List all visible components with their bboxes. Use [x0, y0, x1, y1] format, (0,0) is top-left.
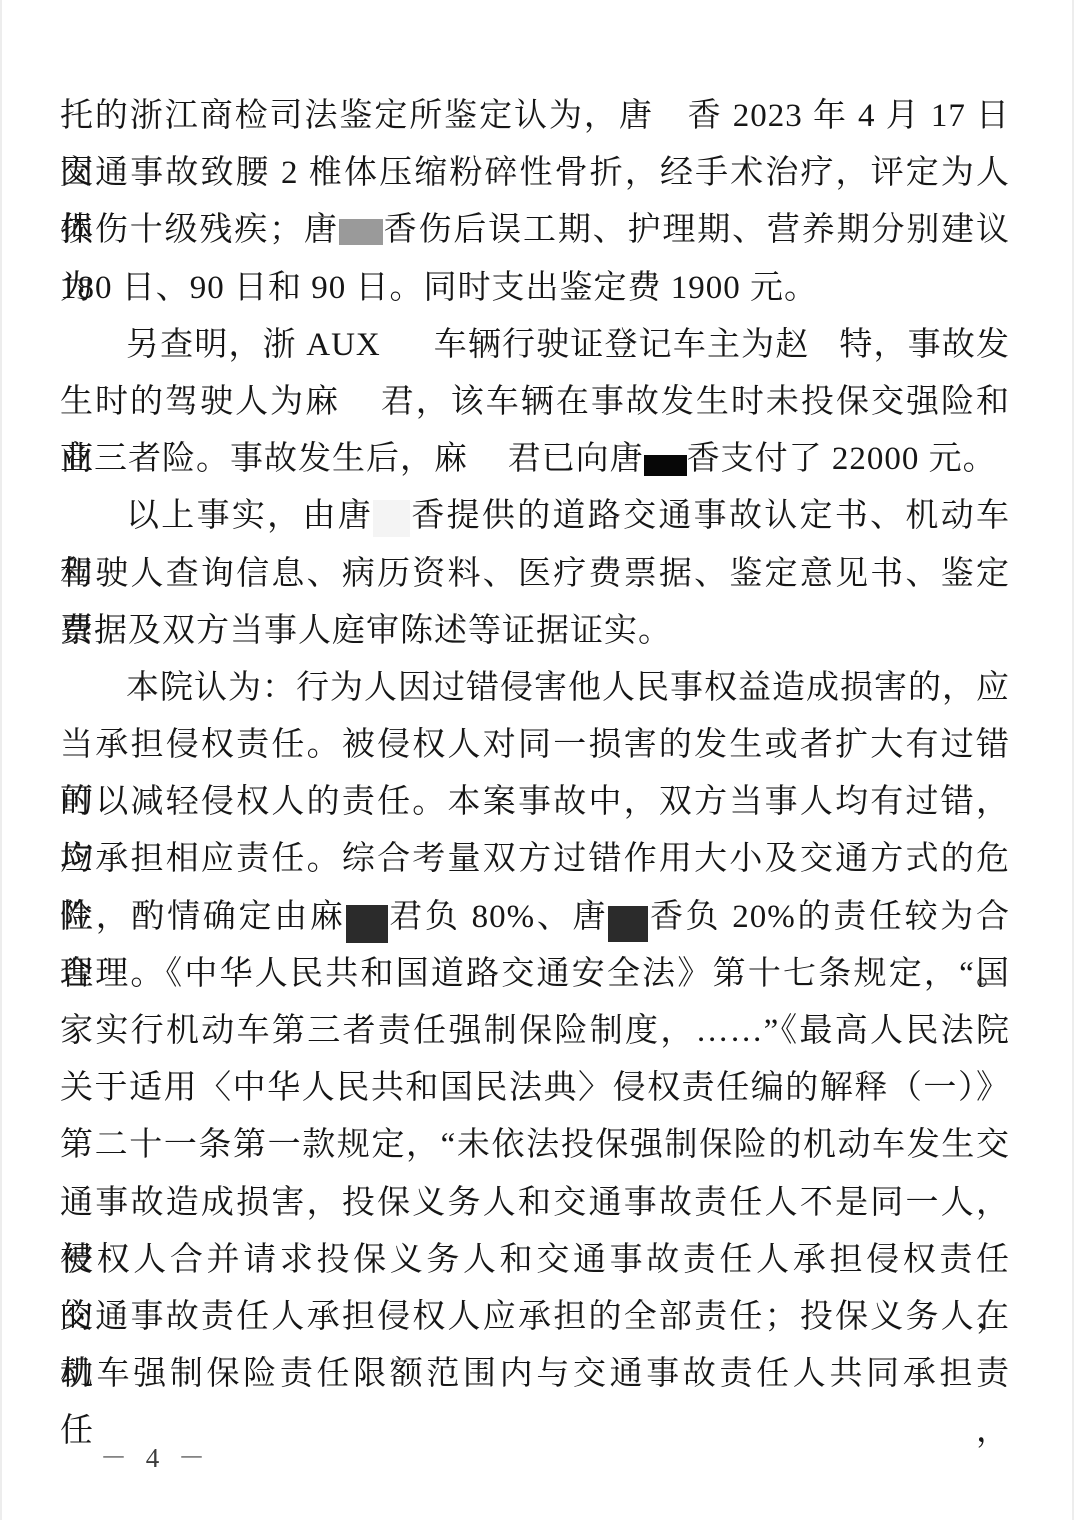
document-line: 业三者险。事故发生后，麻君已向唐香支付了 22000 元。 — [60, 431, 1010, 488]
document-line: 损伤十级残疾；唐香伤后误工期、护理期、营养期分别建议为 — [60, 202, 1010, 259]
redaction-box — [373, 500, 410, 537]
document-line: 驾驶人查询信息、病历资料、医疗费票据、鉴定意见书、鉴定费 — [60, 546, 1010, 603]
redacted-name-gap — [340, 411, 380, 412]
document-line: 本院认为：行为人因过错侵害他人民事权益造成损害的，应 — [60, 660, 1010, 717]
document-line: 以上事实，由唐香提供的道路交通事故认定书、机动车和 — [60, 488, 1010, 545]
document-line: 另查明，浙 AUX车辆行驶证登记车主为赵特，事故发 — [60, 317, 1010, 374]
scan-edge-left — [0, 0, 2, 1520]
document-line: 票据及双方当事人庭审陈述等证据证实。 — [60, 603, 1010, 660]
document-body: 托的浙江商检司法鉴定所鉴定认为，唐香 2023 年 4 月 17 日因交通事故致… — [60, 88, 1010, 1403]
document-line: 侵权人合并请求投保义务人和交通事故责任人承担侵权责任的， — [60, 1232, 1010, 1289]
redacted-name-gap — [654, 125, 687, 126]
document-line: 可以减轻侵权人的责任。本案事故中，双方当事人均有过错，均 — [60, 774, 1010, 831]
redacted-name-gap — [810, 354, 840, 355]
document-line: 第二十一条第一款规定，“未依法投保强制保险的机动车发生交 — [60, 1117, 1010, 1174]
page-number: － 4 － — [100, 1438, 211, 1478]
document-line: 交通事故致腰 2 椎体压缩粉碎性骨折，经手术治疗，评定为人体 — [60, 145, 1010, 202]
document-line: 关于适用〈中华人民共和国民法典〉侵权责任编的解释（一）》 — [60, 1060, 1010, 1117]
document-line: 性，酌情确定由麻君负 80%、唐香负 20%的责任较为合理。 — [60, 889, 1010, 946]
document-line: 合理。《中华人民共和国道路交通安全法》第十七条规定，“国 — [60, 946, 1010, 1003]
document-line: 生时的驾驶人为麻君，该车辆在事故发生时未投保交强险和商 — [60, 374, 1010, 431]
document-line: 家实行机动车第三者责任强制保险制度，……”《最高人民法院 — [60, 1003, 1010, 1060]
redacted-name-gap — [468, 468, 508, 469]
document-line: 180 日、90 日和 90 日。同时支出鉴定费 1900 元。 — [60, 260, 1010, 317]
redacted-name-gap — [381, 354, 434, 355]
document-line: 托的浙江商检司法鉴定所鉴定认为，唐香 2023 年 4 月 17 日因 — [60, 88, 1010, 145]
document-line: 应承担相应责任。综合考量双方过错作用大小及交通方式的危险 — [60, 831, 1010, 888]
document-page: 托的浙江商检司法鉴定所鉴定认为，唐香 2023 年 4 月 17 日因交通事故致… — [60, 88, 1010, 1403]
document-line: 交通事故责任人承担侵权人应承担的全部责任；投保义务人在机 — [60, 1289, 1010, 1346]
redaction-box — [346, 905, 388, 943]
redaction-box — [644, 455, 687, 476]
document-line: 当承担侵权责任。被侵权人对同一损害的发生或者扩大有过错的， — [60, 717, 1010, 774]
document-line: 通事故造成损害，投保义务人和交通事故责任人不是同一人，被 — [60, 1175, 1010, 1232]
document-line: 动车强制保险责任限额范围内与交通事故责任人共同承担责任， — [60, 1346, 1010, 1403]
redaction-box — [339, 219, 383, 245]
redaction-box — [608, 906, 648, 942]
